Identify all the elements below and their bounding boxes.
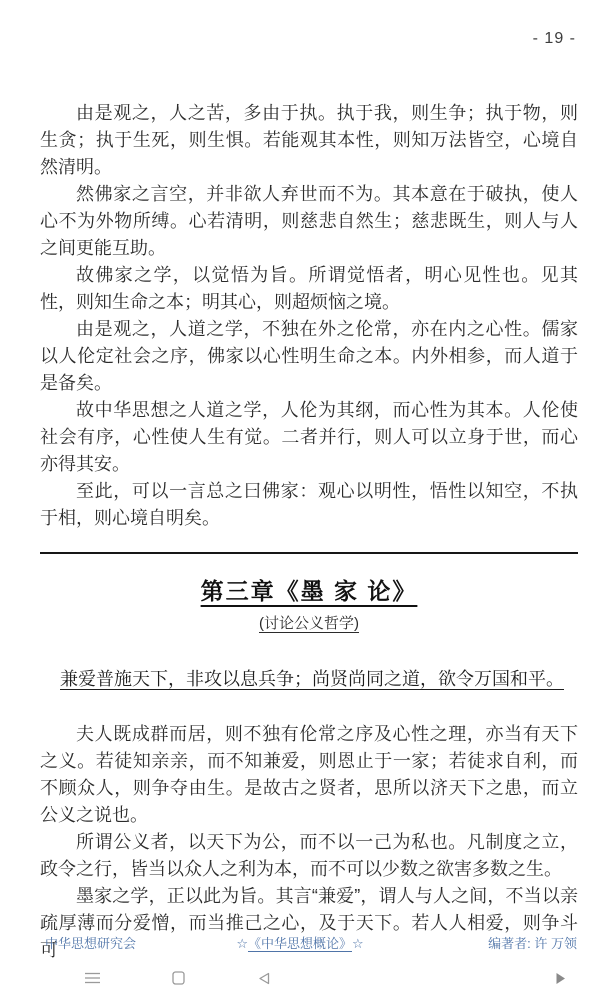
star-icon: ☆ — [236, 936, 248, 951]
body-paragraph: 由是观之，人道之学，不独在外之伦常，亦在内之心性。儒家以人伦定社会之序，佛家以心… — [40, 316, 578, 397]
body-paragraph: 故佛家之学，以觉悟为旨。所谓觉悟者，明心见性也。见其性，则知生命之本；明其心，则… — [40, 262, 578, 316]
page-content: 由是观之，人之苦，多由于执。执于我，则生争；执于物，则生贪；执于生死，则生惧。若… — [40, 100, 578, 964]
footer-author: 编著者: 许 万领 — [488, 933, 577, 952]
forward-triangle-icon — [555, 972, 566, 985]
forward-button[interactable] — [544, 962, 576, 994]
body-paragraph: 然佛家之言空，并非欲人弃世而不为。其本意在于破执，使人心不为外物所缚。心若清明，… — [40, 181, 578, 262]
star-icon: ☆ — [352, 936, 364, 951]
chapter-epigraph: 兼爱普施天下，非攻以息兵争；尚贤尚同之道，欲令万国和平。 — [40, 666, 578, 693]
document-page: - 19 - 由是观之，人之苦，多由于执。执于我，则生争；执于物，则生贪；执于生… — [0, 0, 600, 1000]
navigation-bar — [0, 962, 600, 1000]
recent-apps-square-icon — [172, 971, 185, 985]
back-button[interactable] — [248, 962, 280, 994]
section-divider — [40, 552, 578, 554]
hamburger-menu-icon — [85, 972, 100, 984]
body-paragraph: 夫人既成群而居，则不独有伦常之序及心性之理，亦当有天下之义。若徒知亲亲，而不知兼… — [40, 721, 578, 829]
chapter-subtitle: (讨论公义哲学) — [40, 614, 578, 634]
menu-button[interactable] — [76, 962, 108, 994]
footer-book-title-link[interactable]: 《中华思想概论》 — [248, 936, 352, 951]
body-paragraph: 故中华思想之人道之学，人伦为其纲，而心性为其本。人伦使社会有序，心性使人生有觉。… — [40, 397, 578, 478]
page-footer: 中华思想研究会 ☆《中华思想概论》☆ 编著者: 许 万领 — [0, 933, 600, 951]
page-number: - 19 - — [533, 30, 576, 48]
chapter-title: 第三章《墨 家 论》 — [40, 576, 578, 606]
overview-button[interactable] — [162, 962, 194, 994]
body-paragraph: 所谓公义者，以天下为公，而不以一己为私也。凡制度之立，政令之行，皆当以众人之利为… — [40, 829, 578, 883]
body-paragraph: 由是观之，人之苦，多由于执。执于我，则生争；执于物，则生贪；执于生死，则生惧。若… — [40, 100, 578, 181]
back-triangle-icon — [258, 972, 270, 985]
section-body: 夫人既成群而居，则不独有伦常之序及心性之理，亦当有天下之义。若徒知亲亲，而不知兼… — [40, 721, 578, 964]
body-paragraph: 至此，可以一言总之曰佛家：观心以明性，悟性以知空，不执于相，则心境自明矣。 — [40, 478, 578, 532]
